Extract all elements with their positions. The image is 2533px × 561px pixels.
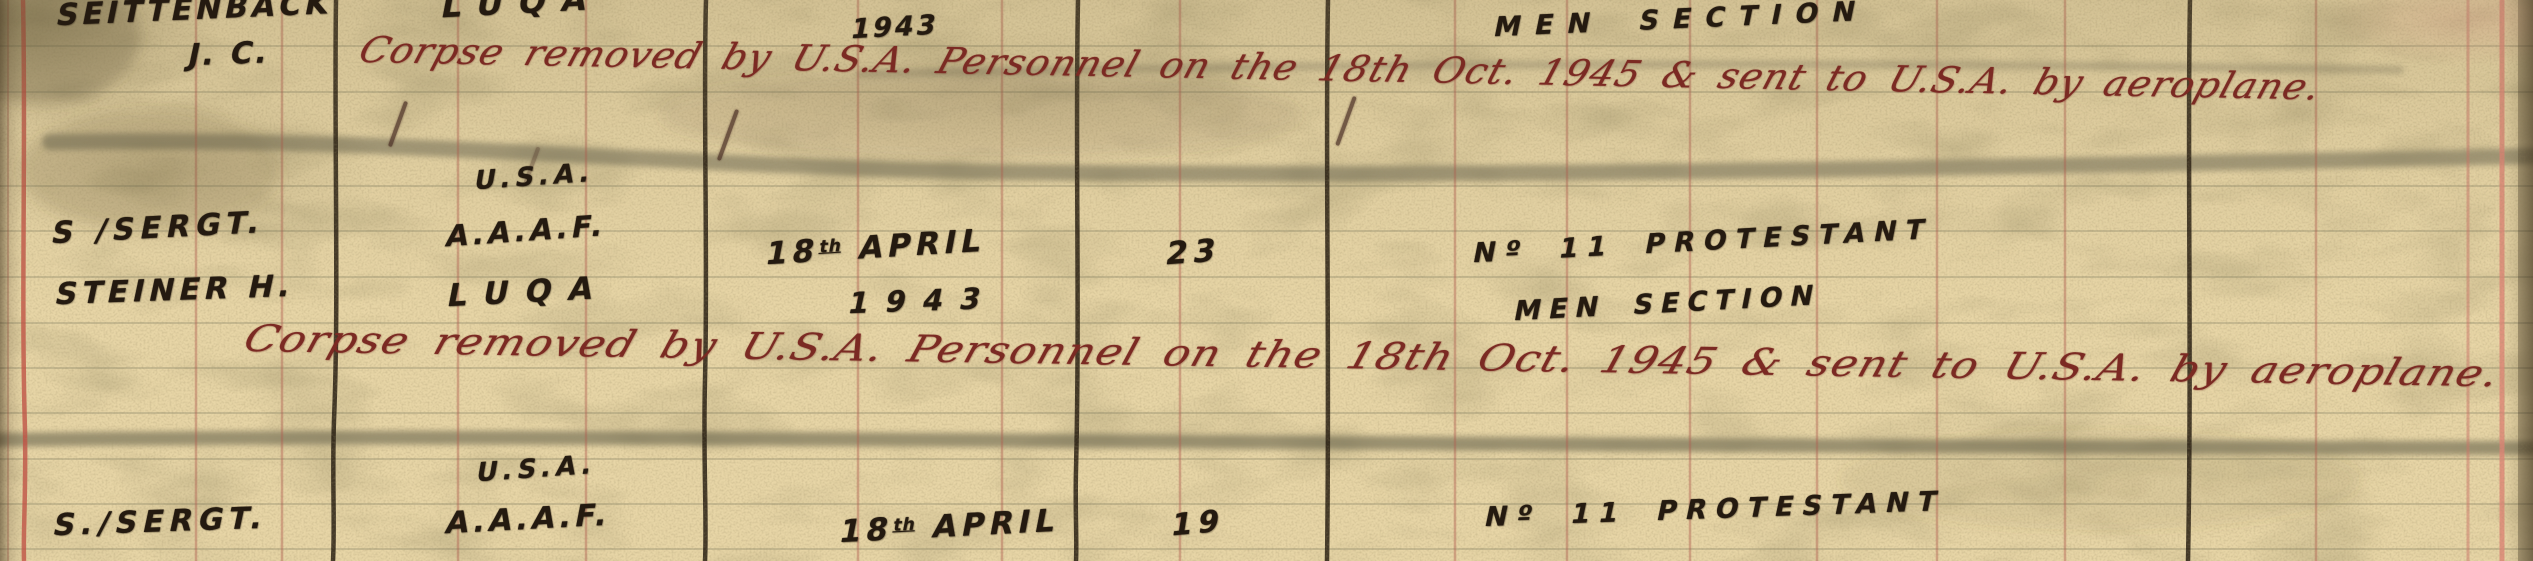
burial-date-day: 18 <box>763 233 823 273</box>
name-cell: STEINER H. <box>52 271 298 311</box>
burial-date-day: 18 <box>836 511 896 550</box>
station-cell: LUQA <box>445 272 613 313</box>
burial-date-ordinal: th <box>892 515 918 536</box>
burial-year: 1943 <box>845 283 1000 319</box>
burial-date-month: APRIL <box>930 502 1064 545</box>
burial-date-ordinal: th <box>818 236 844 258</box>
cemetery-register-scan: SEITTENBACK J. C. LUQA 1943 MEN SECTION … <box>0 0 2533 561</box>
name-initials: J. C. <box>185 37 273 72</box>
rank-cell: S./SERGT. <box>50 503 271 542</box>
grave-number-cell: 19 <box>1169 505 1228 542</box>
grave-number-cell: 23 <box>1163 234 1224 271</box>
